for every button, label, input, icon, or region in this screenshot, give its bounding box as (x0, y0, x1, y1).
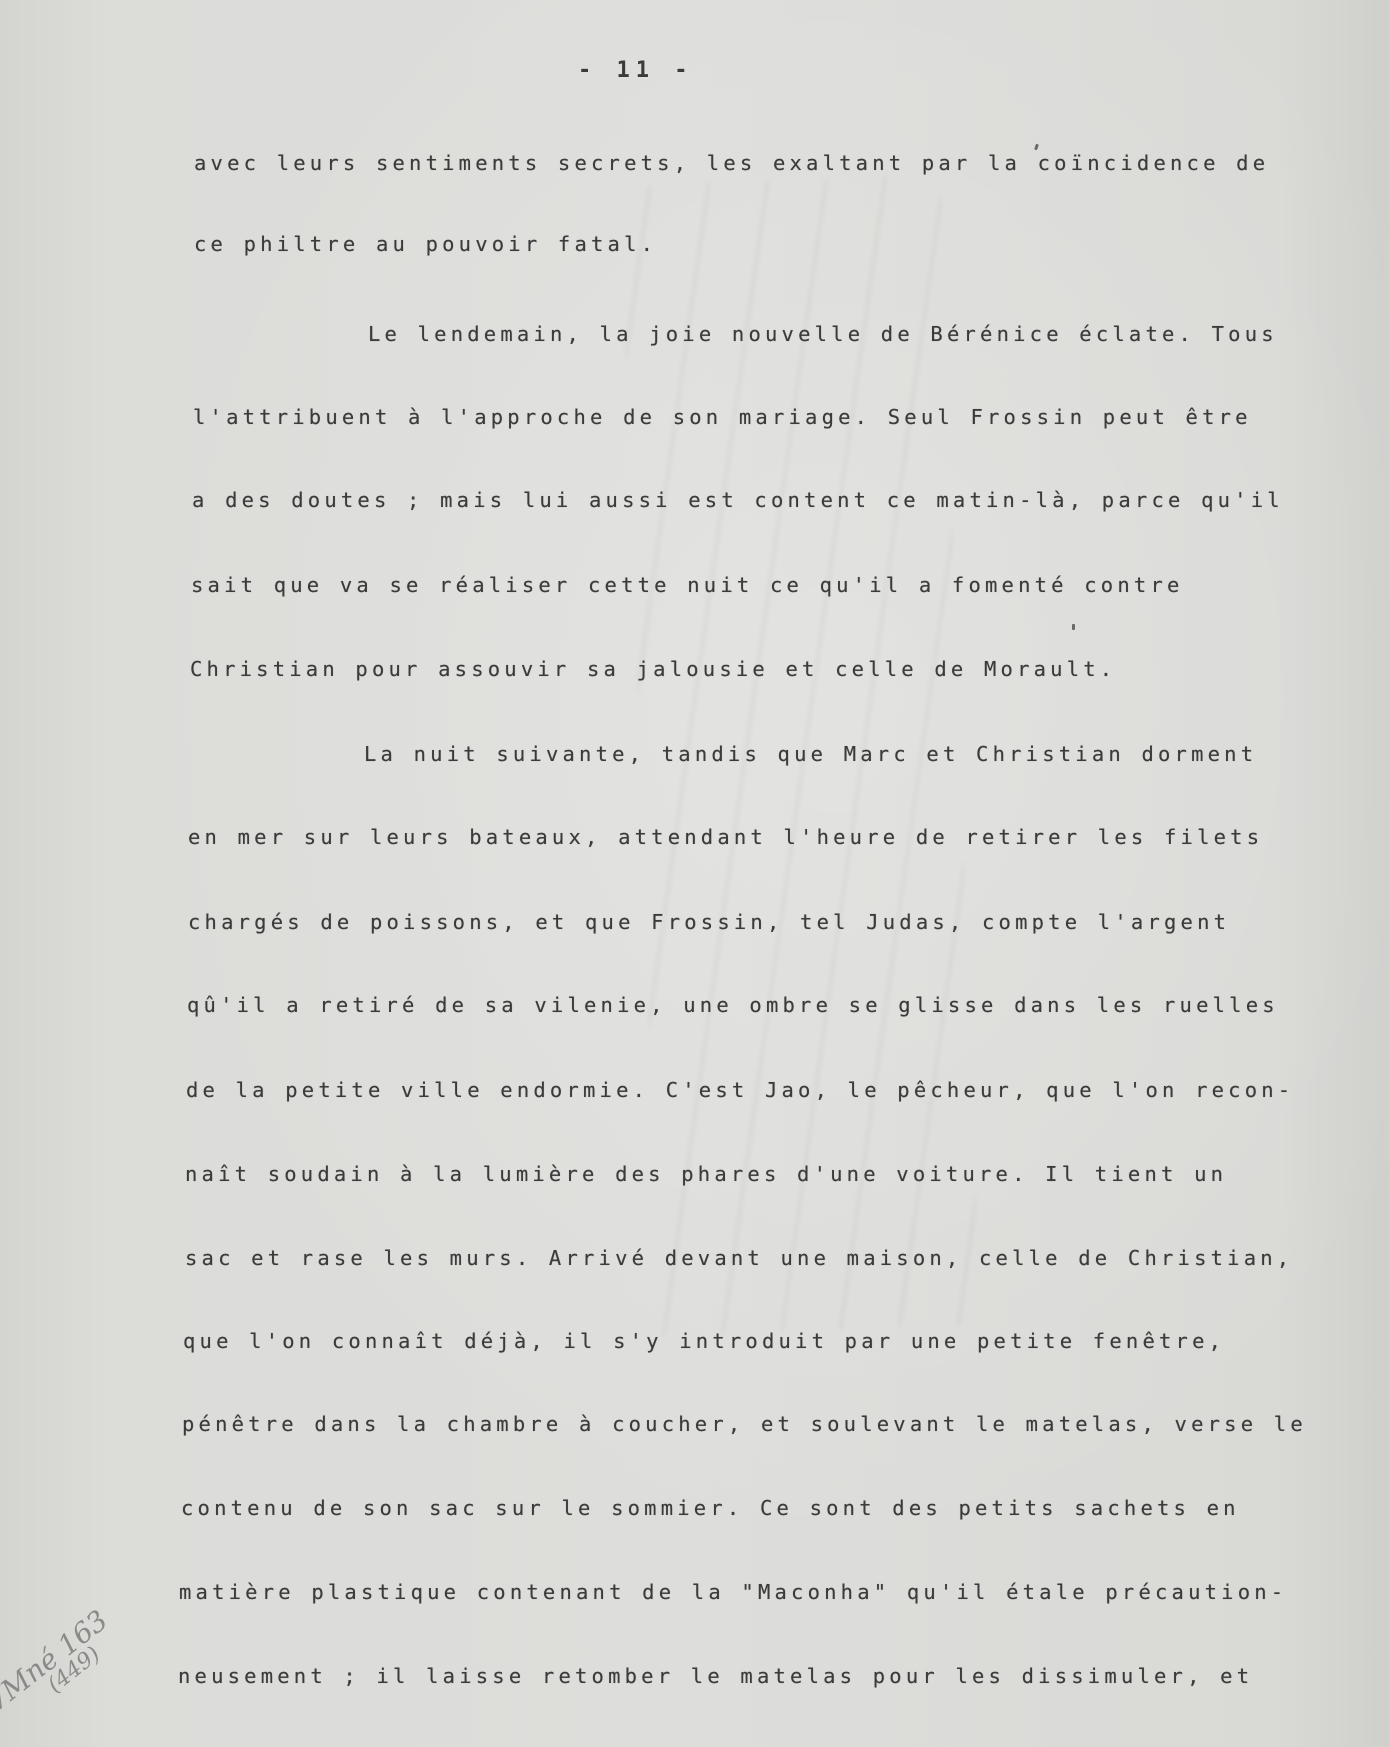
text-line: que l'on connaît déjà, il s'y introduit … (183, 1331, 1225, 1352)
handwritten-annotation: VMné 163 (449) (0, 1557, 130, 1742)
document-page: - 11 - avec leurs sentiments secrets, le… (0, 0, 1389, 1747)
text-line: Le lendemain, la joie nouvelle de Béréni… (368, 324, 1278, 345)
text-line: de la petite ville endormie. C'est Jao, … (186, 1080, 1294, 1101)
text-line: La nuit suivante, tandis que Marc et Chr… (364, 744, 1257, 765)
ink-speck (1072, 624, 1075, 630)
text-line: en mer sur leurs bateaux, attendant l'he… (188, 827, 1263, 848)
text-line: sac et rase les murs. Arrivé devant une … (185, 1248, 1293, 1269)
text-line: neusement ; il laisse retomber le matela… (178, 1666, 1253, 1687)
text-line: contenu de son sac sur le sommier. Ce so… (181, 1498, 1240, 1519)
page-number: - 11 - (578, 58, 693, 83)
text-line: Christian pour assouvir sa jalousie et c… (190, 659, 1116, 680)
text-line: sait que va se réaliser cette nuit ce qu… (191, 575, 1184, 596)
text-line: ce philtre au pouvoir fatal. (194, 234, 657, 255)
text-line: avec leurs sentiments secrets, les exalt… (194, 153, 1269, 174)
text-line: a des doutes ; mais lui aussi est conten… (192, 490, 1284, 511)
text-line: qû'il a retiré de sa vilenie, une ombre … (187, 995, 1279, 1016)
text-line: l'attribuent à l'approche de son mariage… (193, 407, 1252, 428)
ink-speck (1034, 144, 1039, 151)
text-line: naît soudain à la lumière des phares d'u… (185, 1164, 1227, 1185)
text-line: chargés de poissons, et que Frossin, tel… (188, 912, 1230, 933)
text-line: matière plastique contenant de la "Macon… (179, 1582, 1287, 1603)
text-line: pénêtre dans la chambre à coucher, et so… (182, 1414, 1307, 1435)
